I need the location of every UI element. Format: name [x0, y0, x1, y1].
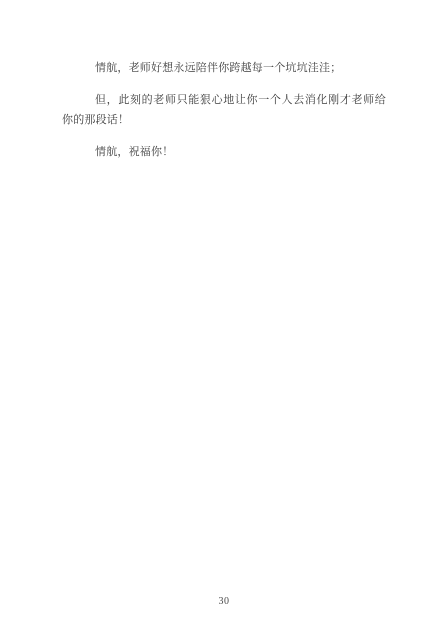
document-page: 情航，老师好想永远陪伴你跨越每一个坑坑洼洼； 但，此刻的老师只能狠心地让你一个人…	[0, 0, 448, 640]
paragraph-main-line: 但，此刻的老师只能狠心地让你一个人去消化刚才老师给你的那段话！	[62, 90, 386, 130]
document-body: 情航，老师好想永远陪伴你跨越每一个坑坑洼洼； 但，此刻的老师只能狠心地让你一个人…	[62, 58, 386, 174]
page-footer: 30	[0, 591, 448, 609]
paragraph-greeting-line: 情航，老师好想永远陪伴你跨越每一个坑坑洼洼；	[62, 58, 386, 78]
paragraph-blessing-line: 情航，祝福你！	[62, 142, 386, 162]
page-number: 30	[219, 596, 230, 607]
